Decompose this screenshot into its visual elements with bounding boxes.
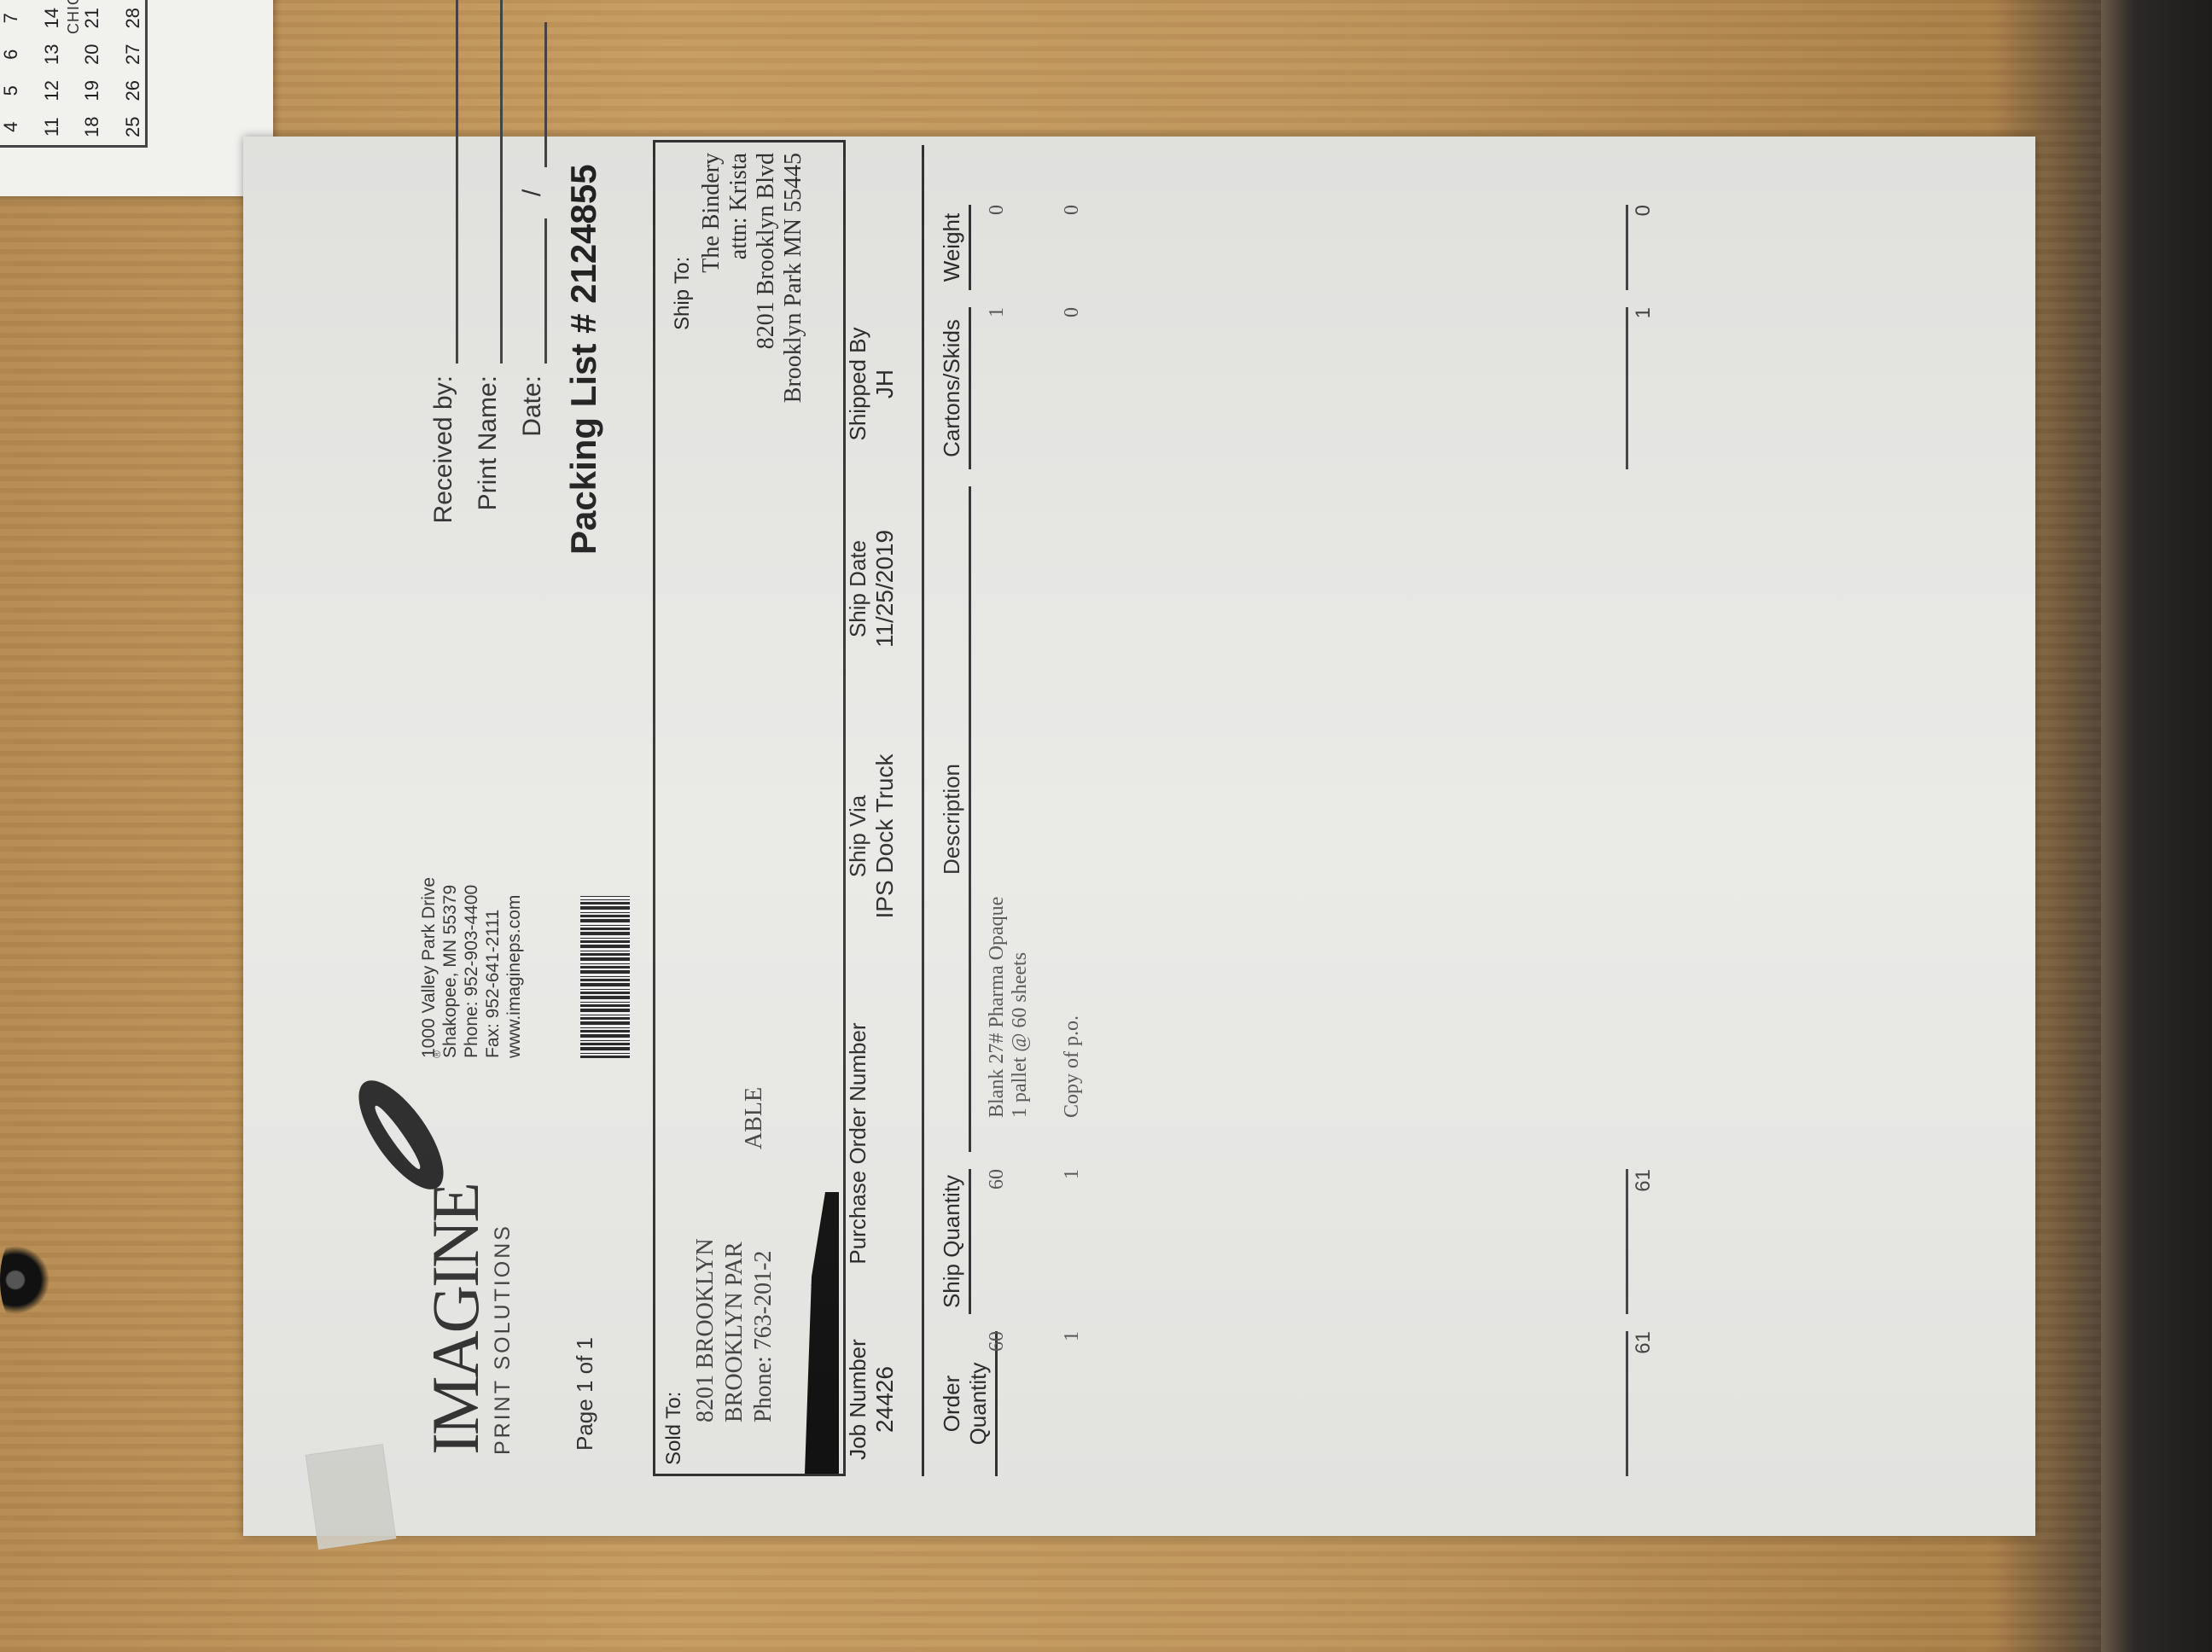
- calendar-day: 6: [0, 37, 41, 73]
- company-address-line: 1000 Valley Park Drive: [418, 877, 439, 1058]
- items-table: 6060Blank 27# Pharma Opaque1 pallet @ 60…: [986, 145, 1136, 1476]
- date-month-field[interactable]: [519, 218, 547, 364]
- calendar-day: 20: [81, 37, 122, 73]
- company-address: 1000 Valley Park Drive Shakopee, MN 5537…: [418, 877, 525, 1058]
- table-row: 6060Blank 27# Pharma Opaque1 pallet @ 60…: [986, 145, 1061, 1476]
- received-by-label: Received by:: [429, 364, 458, 563]
- cartons-header: Cartons/Skids: [939, 307, 971, 469]
- sold-to-address: 8201 BROOKLYN BROOKLYN PAR Phone: 763-20…: [691, 1238, 778, 1422]
- description-header: Description: [939, 486, 971, 1152]
- company-fax: Fax: 952-641-2111: [482, 877, 504, 1058]
- cartons-cell: 0: [1061, 307, 1084, 469]
- weight-header: Weight: [939, 205, 971, 290]
- page-indicator: Page 1 of 1: [572, 1337, 598, 1451]
- tape-strip: [306, 1444, 397, 1550]
- cartons-cell: 1: [986, 307, 1009, 469]
- packing-list-document: IMAGINE PRINT SOLUTIONS ® 1000 Valley Pa…: [243, 137, 2035, 1536]
- print-name-label: Print Name:: [474, 364, 503, 563]
- ship-to-line: attn: Krista: [725, 153, 753, 403]
- sold-to-line: 8201 BROOKLYN: [691, 1238, 720, 1422]
- date-label: Date:: [518, 364, 547, 563]
- calendar-day: 5: [0, 73, 41, 109]
- received-by-field[interactable]: [430, 0, 458, 364]
- calendar-day: 19: [81, 73, 122, 109]
- calendar-day: 7: [0, 0, 41, 37]
- weight-cell: 0: [1061, 205, 1084, 290]
- calendar-day: 28: [122, 0, 163, 37]
- ship-to-line: Brooklyn Park MN 55445: [780, 153, 807, 403]
- logo-wordmark: IMAGINE: [422, 1184, 489, 1455]
- shipped-by-value: JH: [871, 299, 899, 469]
- calendar-day: 11: [41, 109, 82, 146]
- company-phone: Phone: 952-903-4400: [461, 877, 482, 1058]
- calendar-day: 25: [122, 109, 163, 146]
- ship-date-value: 11/25/2019: [871, 469, 899, 708]
- shipped-by-cell: Shipped ByJH: [845, 299, 922, 469]
- job-number-value: 24426: [871, 1323, 899, 1476]
- ship-date-cell: Ship Date11/25/2019: [845, 469, 922, 708]
- calendar-day: 26: [122, 73, 163, 109]
- calendar-day: 27: [122, 37, 163, 73]
- sold-to-partial: ABLE: [741, 1087, 768, 1149]
- calendar-card: 4567111213141819202125262728 CHICAGO • A…: [0, 0, 273, 196]
- date-separator: /: [518, 0, 547, 22]
- total-ship-qty: 61: [1626, 1169, 1656, 1314]
- binder-clip: [0, 1229, 51, 1331]
- sold-to-line: BROOKLYN PAR: [720, 1238, 749, 1422]
- sold-to-label: Sold To:: [662, 1392, 686, 1465]
- ship-to-address: The Bindery attn: Krista 8201 Brooklyn B…: [698, 153, 807, 403]
- calendar-day: 4: [0, 109, 41, 146]
- date-separator: /: [518, 167, 547, 218]
- ship-qty-cell: 1: [1061, 1169, 1084, 1314]
- job-number-cell: Job Number24426: [845, 1323, 922, 1476]
- ship-qty-cell: 60: [986, 1169, 1009, 1314]
- shipment-info: Job Number24426 Purchase Order Number Sh…: [845, 145, 924, 1476]
- ship-to-line: 8201 Brooklyn Blvd: [753, 153, 780, 403]
- ship-to-line: The Bindery: [698, 153, 725, 403]
- sold-to-line: Phone: 763-201-2: [749, 1238, 778, 1422]
- total-order-qty: 61: [1626, 1331, 1656, 1476]
- address-box: Sold To: 8201 BROOKLYN BROOKLYN PAR Phon…: [653, 140, 846, 1476]
- order-qty-cell: 1: [1061, 1331, 1084, 1476]
- ship-qty-header: Ship Quantity: [939, 1169, 971, 1314]
- description-cell: Copy of p.o.: [1061, 486, 1084, 1118]
- total-cartons: 1: [1626, 307, 1656, 469]
- description-cell: Blank 27# Pharma Opaque1 pallet @ 60 she…: [986, 486, 1032, 1118]
- packing-list-title: Packing List # 2124855: [563, 164, 604, 555]
- po-number-cell: Purchase Order Number: [845, 964, 922, 1323]
- date-day-field[interactable]: [519, 22, 547, 167]
- calendar-day: 21: [81, 0, 122, 37]
- table-row: 11Copy of p.o.00: [1061, 145, 1136, 1476]
- calendar-day: 12: [41, 73, 82, 109]
- background-dark-object: [2101, 0, 2212, 1652]
- redaction-mark: [805, 1192, 839, 1474]
- totals-row: 61 61 1 0: [1626, 145, 1660, 1476]
- ship-via-value: IPS Dock Truck: [871, 708, 899, 964]
- company-logo: IMAGINE PRINT SOLUTIONS ®: [422, 1184, 515, 1455]
- company-address-line: Shakopee, MN 55379: [439, 877, 461, 1058]
- order-qty-cell: 60: [986, 1331, 1009, 1476]
- weight-cell: 0: [986, 205, 1009, 290]
- print-name-field[interactable]: [474, 0, 503, 364]
- calendar-day: 13: [41, 37, 82, 73]
- ship-via-cell: Ship ViaIPS Dock Truck: [845, 708, 922, 964]
- logo-subtitle: PRINT SOLUTIONS: [491, 1184, 515, 1455]
- logo-swoosh-icon: [343, 1067, 458, 1201]
- company-website: www.imagineps.com: [504, 877, 525, 1058]
- calendar-footer: CHICAGO • ATLA: [65, 0, 83, 34]
- receipt-signoff: Received by: Print Name: Date: / /: [414, 0, 547, 563]
- barcode: [580, 896, 630, 1058]
- items-header: Order Quantity Ship Quantity Description…: [939, 145, 973, 1476]
- calendar-day: 18: [81, 109, 122, 146]
- ship-to-label: Ship To:: [671, 257, 695, 330]
- total-weight: 0: [1626, 205, 1656, 290]
